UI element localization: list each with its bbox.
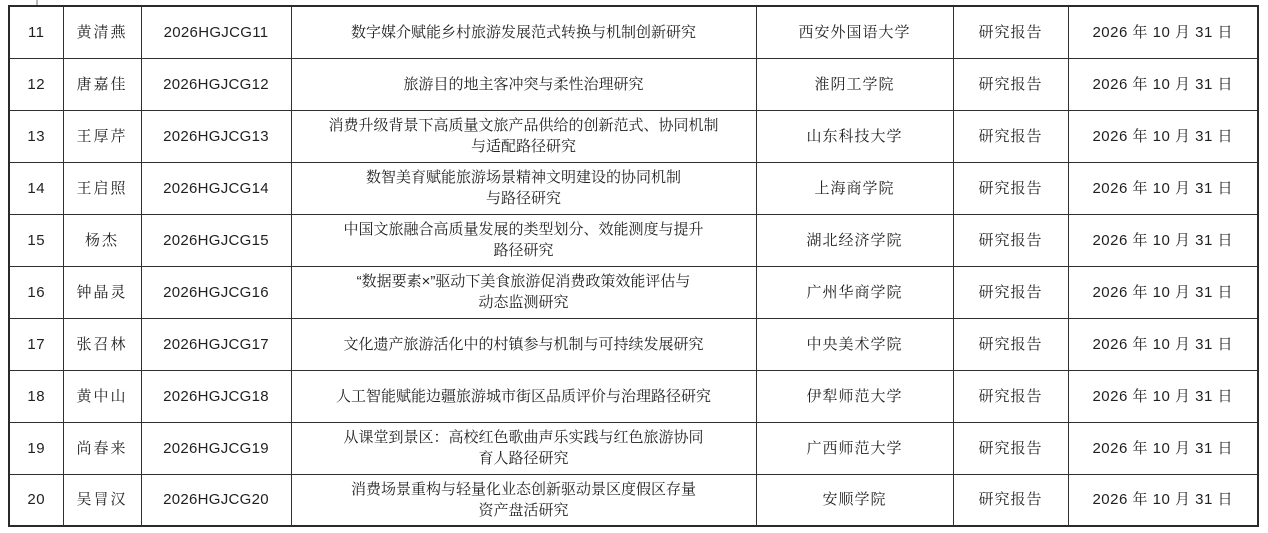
cell-serial-number: 13 bbox=[9, 110, 63, 162]
cell-deliverable-type: 研究报告 bbox=[953, 370, 1068, 422]
table-row: 17 张召林 2026HGJCG17 文化遗产旅游活化中的村镇参与机制与可持续发… bbox=[9, 318, 1258, 370]
cell-deadline: 2026 年 10 月 31 日 bbox=[1068, 370, 1258, 422]
cell-deadline: 2026 年 10 月 31 日 bbox=[1068, 266, 1258, 318]
cell-leader-name: 杨杰 bbox=[63, 214, 141, 266]
cell-deliverable-type: 研究报告 bbox=[953, 162, 1068, 214]
cell-deliverable-type: 研究报告 bbox=[953, 422, 1068, 474]
cell-deliverable-type: 研究报告 bbox=[953, 6, 1068, 58]
cell-project-title: 数智美育赋能旅游场景精神文明建设的协同机制 与路径研究 bbox=[291, 162, 756, 214]
cell-deadline: 2026 年 10 月 31 日 bbox=[1068, 110, 1258, 162]
cell-serial-number: 11 bbox=[9, 6, 63, 58]
cell-project-code: 2026HGJCG13 bbox=[141, 110, 291, 162]
cell-deadline: 2026 年 10 月 31 日 bbox=[1068, 6, 1258, 58]
cell-project-code: 2026HGJCG15 bbox=[141, 214, 291, 266]
cell-project-code: 2026HGJCG11 bbox=[141, 6, 291, 58]
cell-leader-name: 尚春来 bbox=[63, 422, 141, 474]
cell-deliverable-type: 研究报告 bbox=[953, 110, 1068, 162]
cell-project-title: 文化遗产旅游活化中的村镇参与机制与可持续发展研究 bbox=[291, 318, 756, 370]
cell-project-code: 2026HGJCG16 bbox=[141, 266, 291, 318]
cell-serial-number: 16 bbox=[9, 266, 63, 318]
document-page: 11 黄清燕 2026HGJCG11 数字媒介赋能乡村旅游发展范式转换与机制创新… bbox=[0, 0, 1268, 533]
cell-project-title: 旅游目的地主客冲突与柔性治理研究 bbox=[291, 58, 756, 110]
cell-institution: 山东科技大学 bbox=[756, 110, 953, 162]
cell-leader-name: 王启照 bbox=[63, 162, 141, 214]
cell-project-code: 2026HGJCG20 bbox=[141, 474, 291, 526]
project-roster-table: 11 黄清燕 2026HGJCG11 数字媒介赋能乡村旅游发展范式转换与机制创新… bbox=[8, 5, 1259, 527]
cell-deadline: 2026 年 10 月 31 日 bbox=[1068, 422, 1258, 474]
cell-institution: 西安外国语大学 bbox=[756, 6, 953, 58]
cell-leader-name: 吴冐汉 bbox=[63, 474, 141, 526]
cell-project-code: 2026HGJCG19 bbox=[141, 422, 291, 474]
cell-institution: 广州华商学院 bbox=[756, 266, 953, 318]
cell-project-code: 2026HGJCG18 bbox=[141, 370, 291, 422]
cell-deadline: 2026 年 10 月 31 日 bbox=[1068, 318, 1258, 370]
cell-project-code: 2026HGJCG17 bbox=[141, 318, 291, 370]
cell-serial-number: 12 bbox=[9, 58, 63, 110]
cell-serial-number: 14 bbox=[9, 162, 63, 214]
cell-project-title: “数据要素×”驱动下美食旅游促消费政策效能评估与 动态监测研究 bbox=[291, 266, 756, 318]
cell-deliverable-type: 研究报告 bbox=[953, 474, 1068, 526]
table-row: 19 尚春来 2026HGJCG19 从课堂到景区：高校红色歌曲声乐实践与红色旅… bbox=[9, 422, 1258, 474]
cell-leader-name: 黄清燕 bbox=[63, 6, 141, 58]
cell-serial-number: 17 bbox=[9, 318, 63, 370]
table-row: 18 黄中山 2026HGJCG18 人工智能赋能边疆旅游城市街区品质评价与治理… bbox=[9, 370, 1258, 422]
table-row: 20 吴冐汉 2026HGJCG20 消费场景重构与轻量化业态创新驱动景区度假区… bbox=[9, 474, 1258, 526]
cell-project-code: 2026HGJCG12 bbox=[141, 58, 291, 110]
cell-project-title: 消费升级背景下高质量文旅产品供给的创新范式、协同机制 与适配路径研究 bbox=[291, 110, 756, 162]
table-row: 13 王厚芹 2026HGJCG13 消费升级背景下高质量文旅产品供给的创新范式… bbox=[9, 110, 1258, 162]
cell-institution: 广西师范大学 bbox=[756, 422, 953, 474]
cell-institution: 淮阴工学院 bbox=[756, 58, 953, 110]
cell-deliverable-type: 研究报告 bbox=[953, 318, 1068, 370]
table-row: 14 王启照 2026HGJCG14 数智美育赋能旅游场景精神文明建设的协同机制… bbox=[9, 162, 1258, 214]
cell-project-title: 数字媒介赋能乡村旅游发展范式转换与机制创新研究 bbox=[291, 6, 756, 58]
cell-deadline: 2026 年 10 月 31 日 bbox=[1068, 58, 1258, 110]
cell-institution: 湖北经济学院 bbox=[756, 214, 953, 266]
cell-project-title: 从课堂到景区：高校红色歌曲声乐实践与红色旅游协同 育人路径研究 bbox=[291, 422, 756, 474]
cell-institution: 安顺学院 bbox=[756, 474, 953, 526]
cell-deliverable-type: 研究报告 bbox=[953, 214, 1068, 266]
cell-project-code: 2026HGJCG14 bbox=[141, 162, 291, 214]
cell-institution: 中央美术学院 bbox=[756, 318, 953, 370]
cell-serial-number: 15 bbox=[9, 214, 63, 266]
cell-serial-number: 18 bbox=[9, 370, 63, 422]
cell-leader-name: 钟晶灵 bbox=[63, 266, 141, 318]
cell-leader-name: 黄中山 bbox=[63, 370, 141, 422]
cell-institution: 上海商学院 bbox=[756, 162, 953, 214]
table-row: 11 黄清燕 2026HGJCG11 数字媒介赋能乡村旅游发展范式转换与机制创新… bbox=[9, 6, 1258, 58]
cell-leader-name: 张召林 bbox=[63, 318, 141, 370]
cell-institution: 伊犁师范大学 bbox=[756, 370, 953, 422]
cell-serial-number: 20 bbox=[9, 474, 63, 526]
table-row: 15 杨杰 2026HGJCG15 中国文旅融合高质量发展的类型划分、效能测度与… bbox=[9, 214, 1258, 266]
cell-deliverable-type: 研究报告 bbox=[953, 58, 1068, 110]
cell-deadline: 2026 年 10 月 31 日 bbox=[1068, 474, 1258, 526]
cell-serial-number: 19 bbox=[9, 422, 63, 474]
cell-leader-name: 王厚芹 bbox=[63, 110, 141, 162]
table-row: 12 唐嘉佳 2026HGJCG12 旅游目的地主客冲突与柔性治理研究 淮阴工学… bbox=[9, 58, 1258, 110]
cell-project-title: 消费场景重构与轻量化业态创新驱动景区度假区存量 资产盘活研究 bbox=[291, 474, 756, 526]
cell-deliverable-type: 研究报告 bbox=[953, 266, 1068, 318]
cell-project-title: 人工智能赋能边疆旅游城市街区品质评价与治理路径研究 bbox=[291, 370, 756, 422]
table-row: 16 钟晶灵 2026HGJCG16 “数据要素×”驱动下美食旅游促消费政策效能… bbox=[9, 266, 1258, 318]
cell-deadline: 2026 年 10 月 31 日 bbox=[1068, 214, 1258, 266]
cell-project-title: 中国文旅融合高质量发展的类型划分、效能测度与提升 路径研究 bbox=[291, 214, 756, 266]
cell-deadline: 2026 年 10 月 31 日 bbox=[1068, 162, 1258, 214]
cell-leader-name: 唐嘉佳 bbox=[63, 58, 141, 110]
